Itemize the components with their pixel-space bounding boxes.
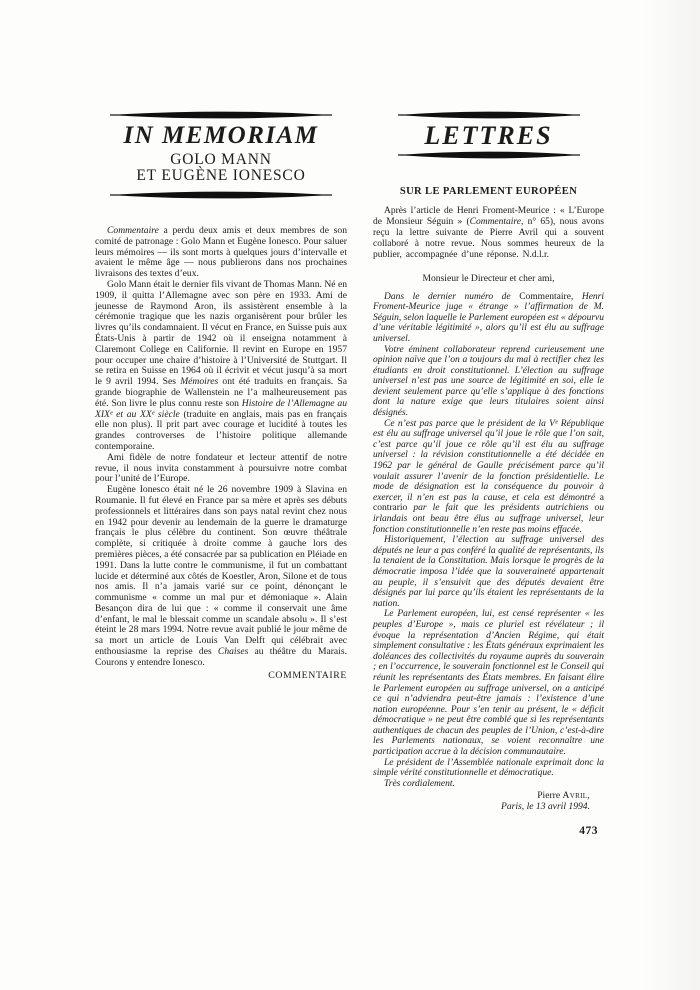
- letter-signature: Pierre Avril, Paris, le 13 avril 1994.: [373, 791, 604, 813]
- paragraph: Commentaire a perdu deux amis et deux me…: [95, 226, 347, 280]
- in-memoriam-section: IN MEMORIAM GOLO MANN ET EUGÈNE IONESCO …: [95, 108, 347, 681]
- letter-paragraph: Historiquement, l’élection au suffrage u…: [373, 535, 604, 609]
- tapered-rule-ornament: [398, 151, 580, 159]
- letter-body: Dans le dernier numéro de Commentaire, H…: [373, 292, 604, 790]
- scanned-journal-page: IN MEMORIAM GOLO MANN ET EUGÈNE IONESCO …: [0, 0, 700, 990]
- tapered-rule-ornament: [110, 191, 332, 199]
- letter-paragraph: Très cordialement.: [373, 779, 604, 790]
- letter-paragraph: Le président de l’Assemblée nationale ex…: [373, 758, 604, 779]
- in-memoriam-body: Commentaire a perdu deux amis et deux me…: [95, 226, 347, 669]
- tapered-rule-ornament: [398, 111, 580, 119]
- paragraph: Ami fidèle de notre fondateur et lecteur…: [95, 453, 347, 485]
- page-number: 473: [373, 825, 604, 837]
- paragraph: Golo Mann était le dernier fils vivant d…: [95, 280, 347, 453]
- in-memoriam-subtitle-line1: GOLO MANN: [95, 152, 347, 168]
- commentaire-signoff: COMMENTAIRE: [95, 670, 347, 681]
- tapered-rule-ornament: [110, 111, 332, 119]
- in-memoriam-title: IN MEMORIAM: [95, 123, 347, 149]
- paragraph: Eugène Ionesco était né le 26 novembre 1…: [95, 485, 347, 669]
- letter-section-heading: SUR LE PARLEMENT EUROPÉEN: [373, 186, 604, 198]
- lettres-title: LETTRES: [373, 122, 604, 149]
- letter-paragraph: Le Parlement européen, lui, est censé re…: [373, 609, 604, 757]
- lettres-section: LETTRES SUR LE PARLEMENT EUROPÉEN Après …: [373, 108, 604, 837]
- in-memoriam-subtitle-line2: ET EUGÈNE IONESCO: [95, 168, 347, 184]
- letter-paragraph: Ce n’est pas parce que le président de l…: [373, 419, 604, 536]
- letter-salutation: Monsieur le Directeur et cher ami,: [373, 273, 604, 284]
- editor-note: Après l’article de Henri Froment-Meurice…: [373, 206, 604, 261]
- signature-family-name: Avril,: [563, 790, 590, 801]
- signature-given-name: Pierre: [537, 790, 562, 801]
- signature-place-date: Paris, le 13 avril 1994.: [373, 802, 590, 813]
- letter-paragraph: Votre éminent collaborateur reprend curi…: [373, 345, 604, 419]
- letter-paragraph: Dans le dernier numéro de Commentaire, H…: [373, 292, 604, 345]
